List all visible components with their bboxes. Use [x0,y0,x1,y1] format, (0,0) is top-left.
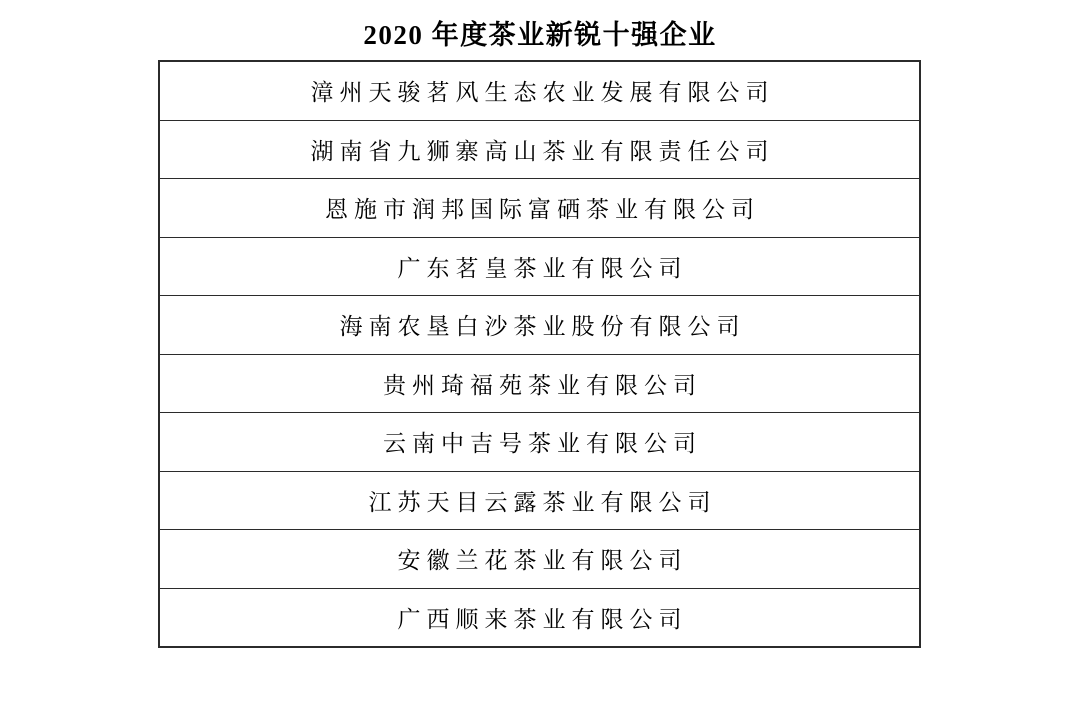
company-name: 贵州琦福苑茶业有限公司 [383,367,702,400]
company-name: 安徽兰花茶业有限公司 [398,542,688,575]
table-row: 海南农垦白沙茶业股份有限公司 [160,296,919,355]
company-name: 漳州天骏茗风生态农业发展有限公司 [311,74,775,107]
company-name: 云南中吉号茶业有限公司 [383,425,702,458]
table-row: 贵州琦福苑茶业有限公司 [160,355,919,414]
table-row: 广东茗皇茶业有限公司 [160,238,919,297]
company-name: 广西顺来茶业有限公司 [398,601,688,634]
company-name: 广东茗皇茶业有限公司 [398,250,688,283]
company-name: 湖南省九狮寨高山茶业有限责任公司 [311,133,775,166]
table-row: 广西顺来茶业有限公司 [160,589,919,647]
page-title: 2020 年度茶业新锐十强企业 [0,13,1080,52]
table-row: 湖南省九狮寨高山茶业有限责任公司 [160,121,919,180]
company-name: 江苏天目云露茶业有限公司 [369,484,717,517]
company-name: 恩施市润邦国际富硒茶业有限公司 [325,191,760,224]
table-row: 江苏天目云露茶业有限公司 [160,472,919,531]
company-name: 海南农垦白沙茶业股份有限公司 [340,308,746,341]
table-row: 恩施市润邦国际富硒茶业有限公司 [160,179,919,238]
table-row: 漳州天骏茗风生态农业发展有限公司 [160,62,919,121]
table-row: 云南中吉号茶业有限公司 [160,413,919,472]
company-table: 漳州天骏茗风生态农业发展有限公司 湖南省九狮寨高山茶业有限责任公司 恩施市润邦国… [158,60,921,648]
table-row: 安徽兰花茶业有限公司 [160,530,919,589]
